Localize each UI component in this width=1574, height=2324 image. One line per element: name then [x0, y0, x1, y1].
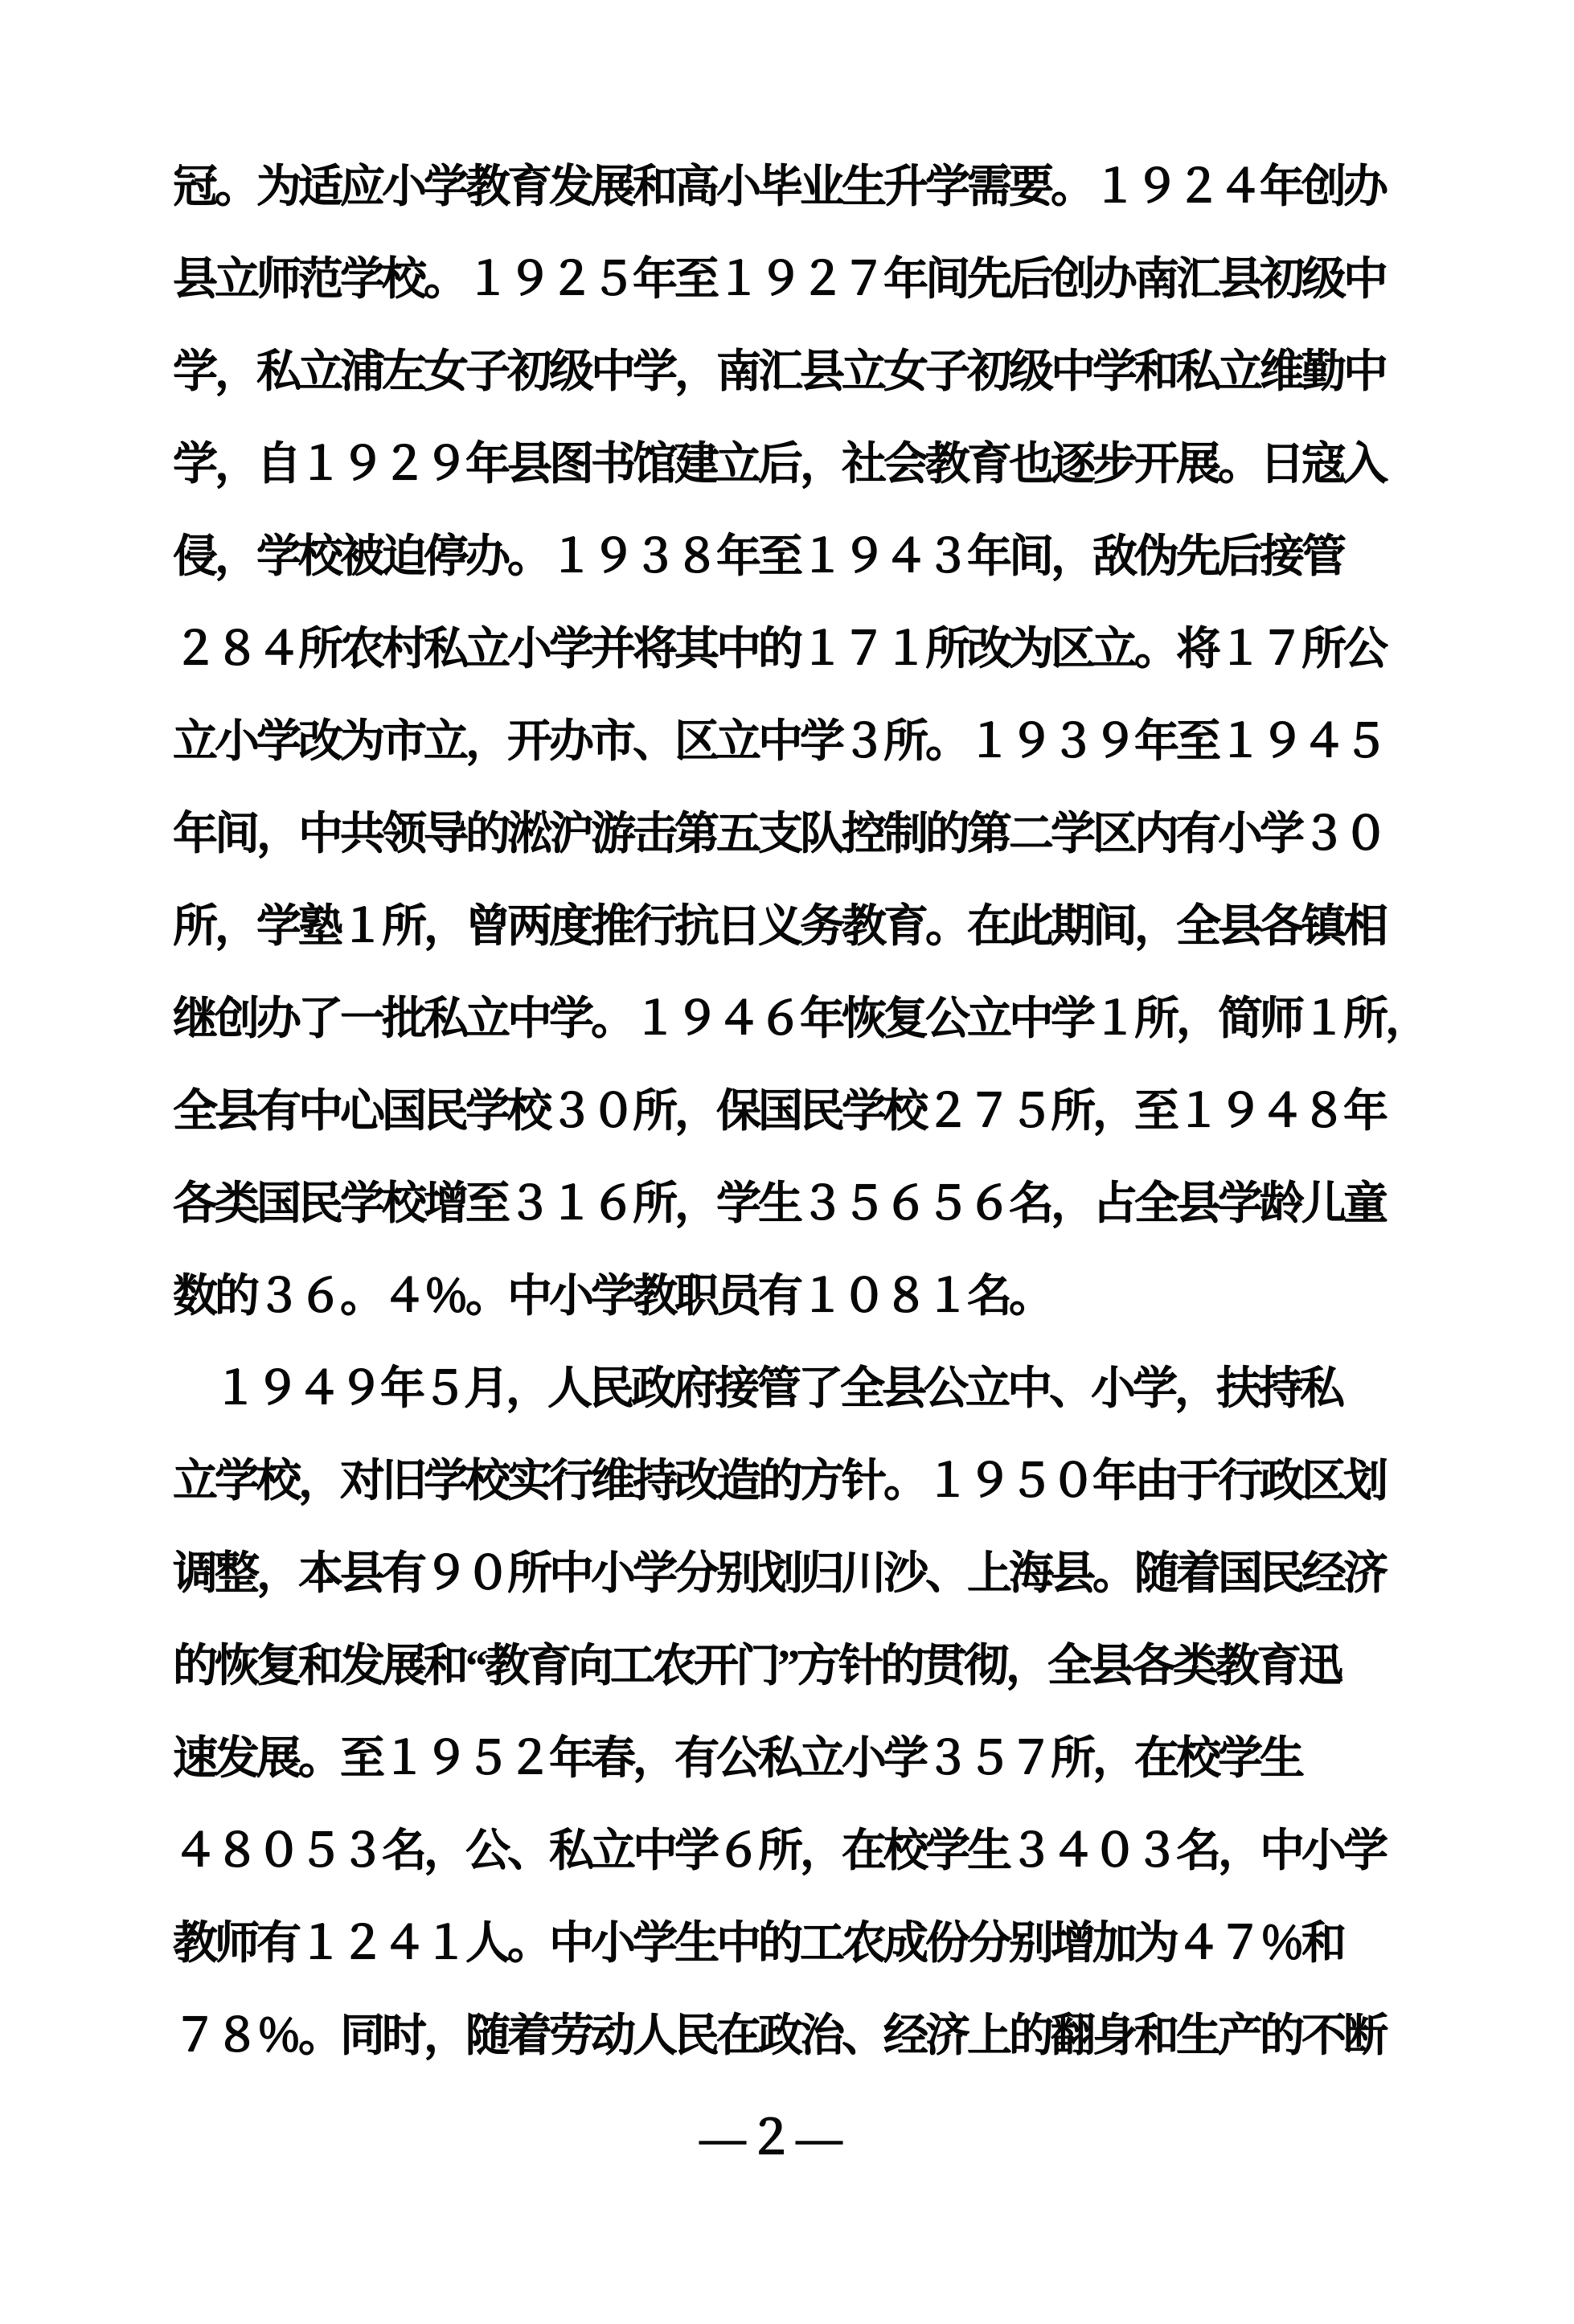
text-line: 立小学改为市立，开办市、区立中学３所。１９３９年至１９４５: [173, 696, 1459, 789]
text-line: 各类国民学校增至３１６所，学生３５６５６名，占全县学龄儿童: [173, 1158, 1459, 1251]
document-body: 冠。为适应小学教育发展和高小毕业生升学需要。１９２４年创办 县立师范学校。１９２…: [173, 141, 1459, 2083]
text-line: 教师有１２４１人。中小学生中的工农成份分别增加为４７％和: [173, 1898, 1459, 1990]
text-line: 立学校，对旧学校实行维持改造的方针。１９５０年由于行政区划: [173, 1436, 1459, 1528]
text-line: 学，私立浦左女子初级中学，南汇县立女子初级中学和私立维勤中: [173, 326, 1459, 419]
text-line: 调整，本县有９０所中小学分别划归川沙、上海县。随着国民经济: [173, 1528, 1459, 1621]
text-line: 县立师范学校。１９２５年至１９２７年间先后创办南汇县初级中: [173, 234, 1459, 326]
text-line: 数的３６。４％。中小学教职员有１０８１名。: [173, 1251, 1459, 1343]
page-number: —２—: [0, 2106, 1559, 2170]
scanned-document-page: 冠。为适应小学教育发展和高小毕业生升学需要。１９２４年创办 县立师范学校。１９２…: [0, 0, 1574, 2324]
text-line: 年间，中共领导的淞沪游击第五支队控制的第二学区内有小学３０: [173, 789, 1459, 881]
text-line: 的恢复和发展和“教育向工农开门”方针的贯彻，全县各类教育迅: [173, 1621, 1459, 1713]
text-line: 全县有中心国民学校３０所，保国民学校２７５所，至１９４８年: [173, 1066, 1459, 1158]
text-line: 学，自１９２９年县图书馆建立后，社会教育也逐步开展。日寇入: [173, 419, 1459, 511]
text-line: 继创办了一批私立中学。１９４６年恢复公立中学１所，简师１所，: [173, 973, 1459, 1066]
text-line-paragraph-start: １９４９年５月，人民政府接管了全县公立中、小学，扶持私: [173, 1343, 1459, 1436]
text-line: 所，学塾１所，曾两度推行抗日义务教育。在此期间，全县各镇相: [173, 881, 1459, 973]
text-line: 侵，学校被迫停办。１９３８年至１９４３年间，敌伪先后接管: [173, 511, 1459, 604]
text-line: ７８％。同时，随着劳动人民在政治、经济上的翻身和生产的不断: [173, 1990, 1459, 2083]
text-line: 速发展。至１９５２年春，有公私立小学３５７所，在校学生: [173, 1713, 1459, 1806]
text-line: 冠。为适应小学教育发展和高小毕业生升学需要。１９２４年创办: [173, 141, 1459, 234]
text-line: ２８４所农村私立小学并将其中的１７１所改为区立。将１７所公: [173, 604, 1459, 696]
text-line: ４８０５３名，公、私立中学６所，在校学生３４０３名，中小学: [173, 1806, 1459, 1898]
